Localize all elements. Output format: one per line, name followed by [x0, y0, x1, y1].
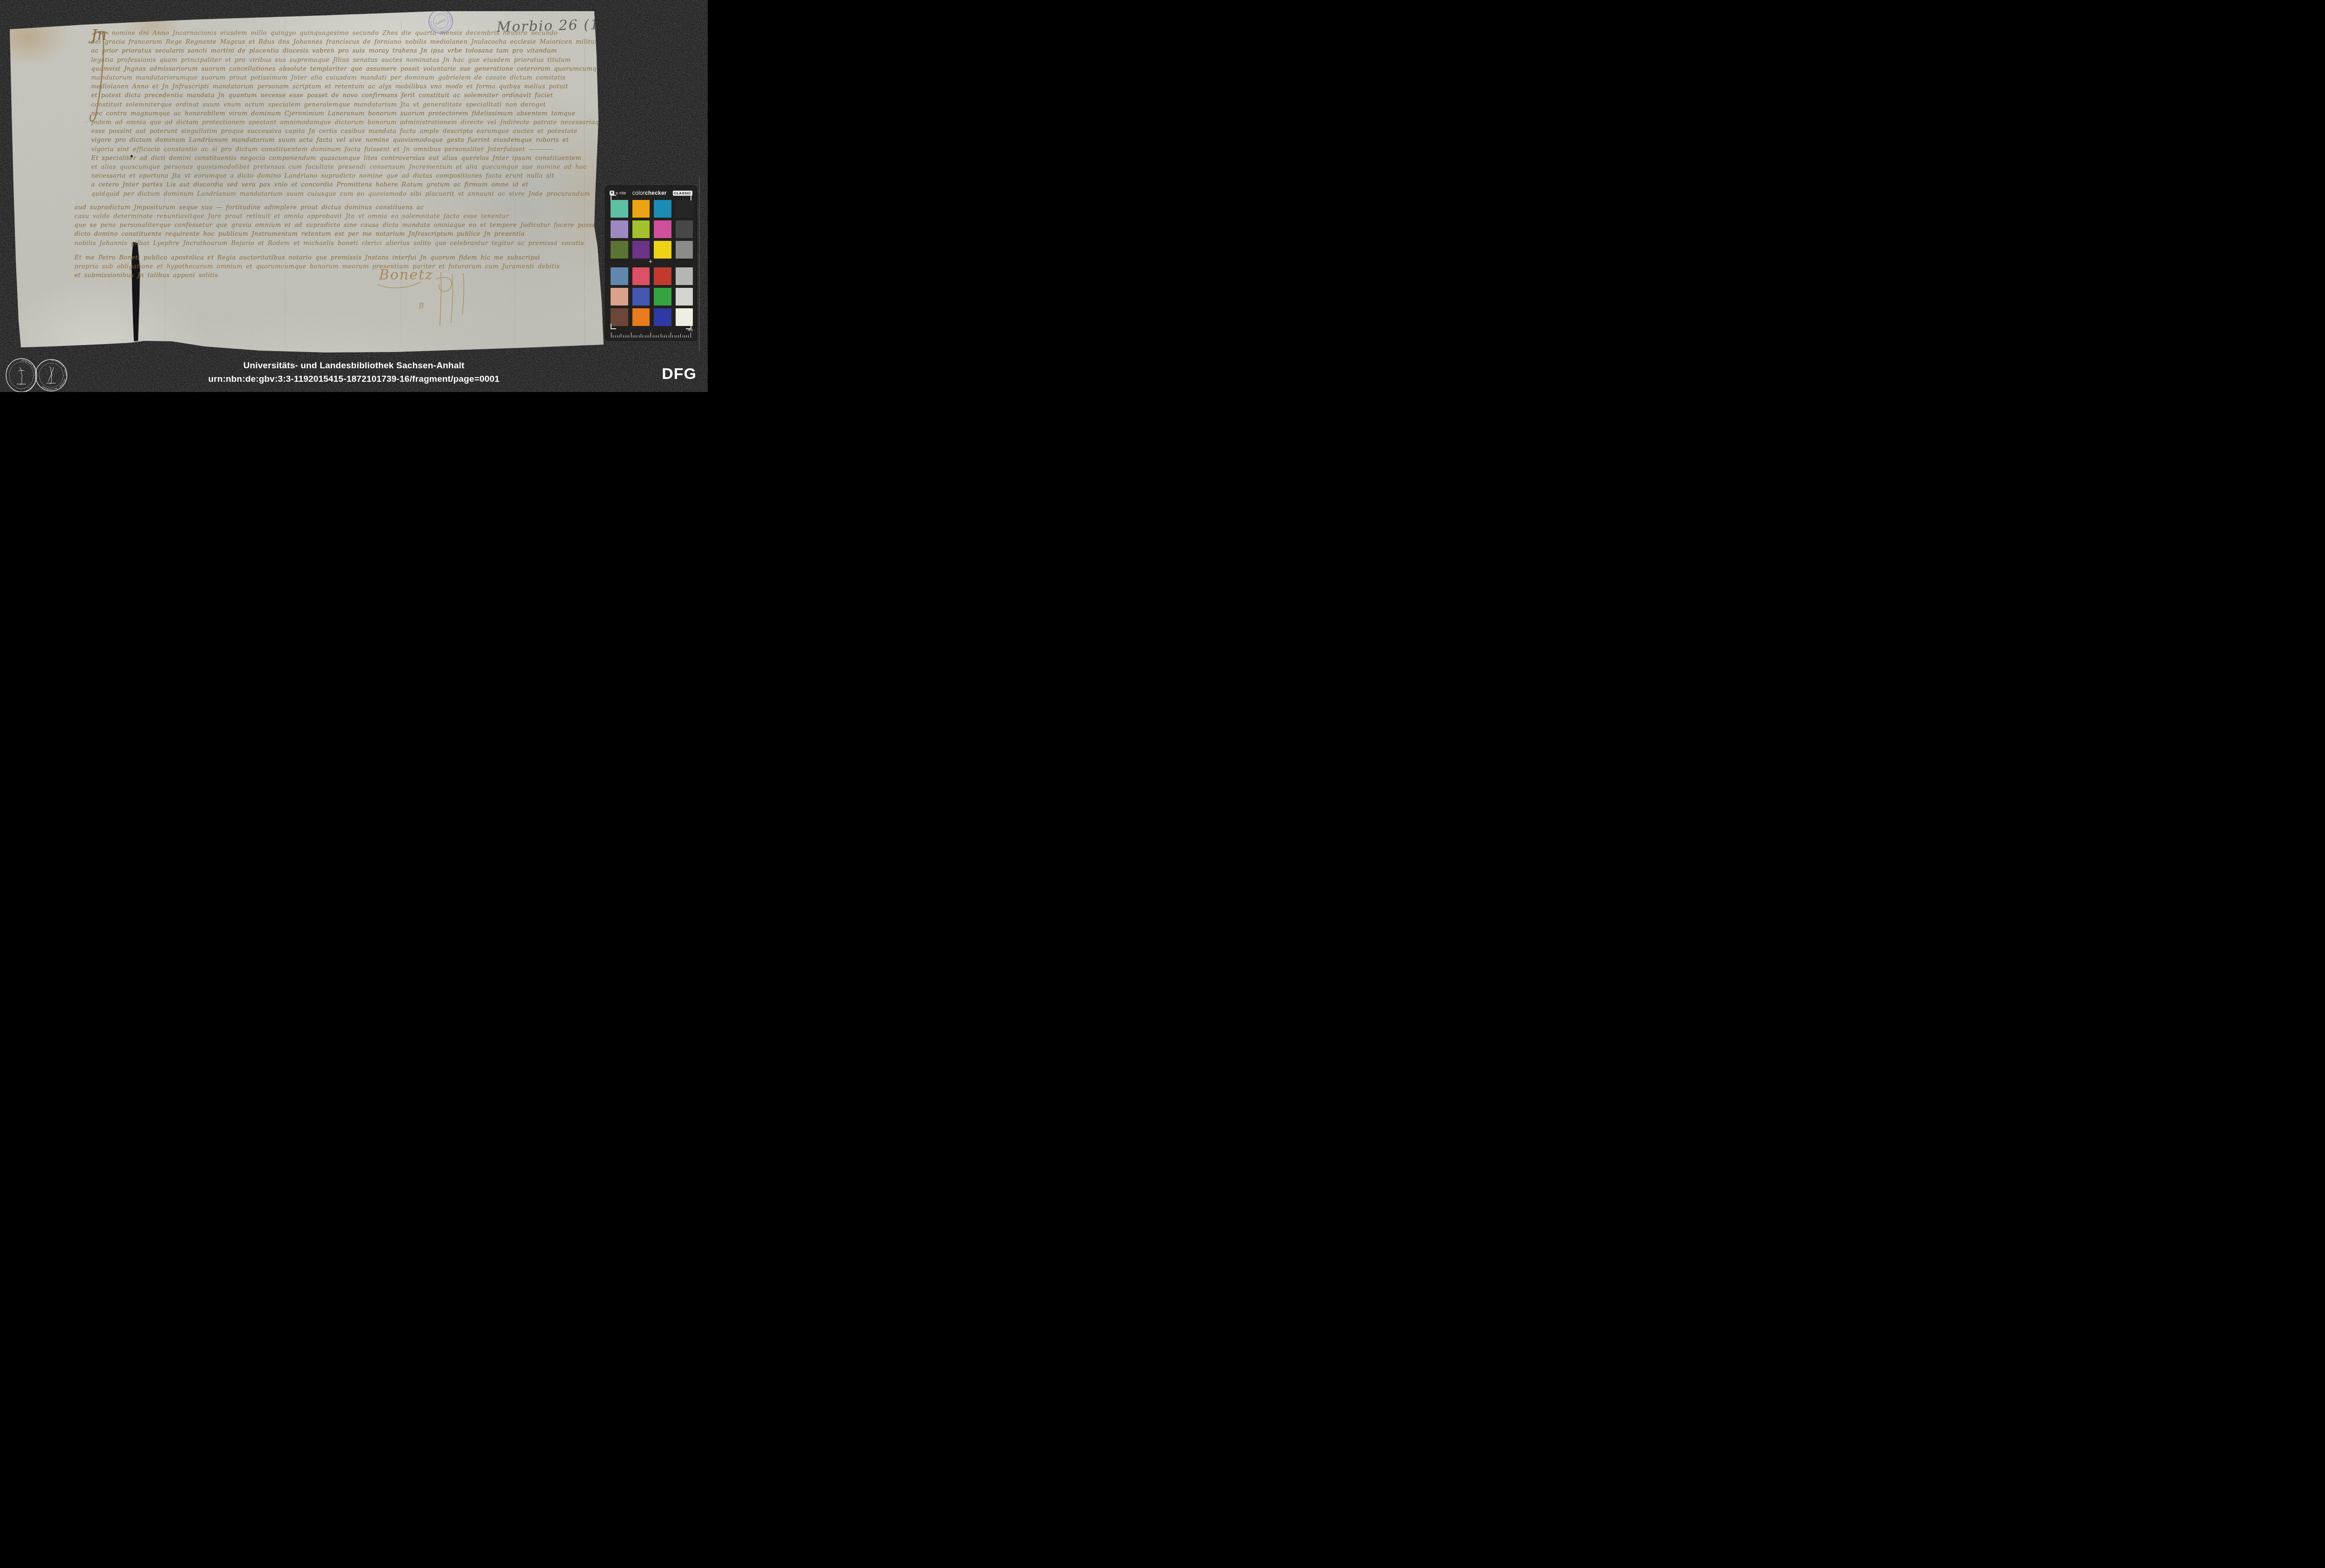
color-patch-orange-yellow [632, 200, 650, 218]
ruler-tick [677, 335, 677, 338]
digitization-frame: Jn nomine dni Anno Jncarnacionis eiusdem… [0, 0, 708, 392]
registration-bracket [611, 195, 616, 200]
ruler-tick [641, 334, 641, 338]
ruler-tick [657, 335, 657, 338]
manuscript-line: vigoria sint efficacie constantie ac si … [91, 146, 553, 153]
ruler-tick [651, 332, 651, 338]
notary-signature: Bonetz [379, 267, 433, 283]
ruler-tick [664, 335, 665, 338]
ruler-tick [666, 335, 667, 338]
ruler-tick [621, 334, 621, 338]
color-patch-bluish-green [611, 200, 628, 218]
ruler-tick [615, 335, 616, 338]
ruler-tick [617, 335, 618, 338]
registration-bracket [686, 324, 691, 329]
manuscript-line: vigore pro dictum dominum Landrianum man… [91, 137, 569, 144]
footer-banner: ACADEMIA FRIDERICIANA HALENSIS ME AVSPIC… [0, 357, 708, 392]
manuscript-line: propria sub obligatione et hypothecarum … [74, 263, 560, 270]
manuscript-line: et submissionibus Jn talibus apponi soli… [74, 272, 218, 279]
ruler-tick [653, 335, 653, 338]
color-patch-neutral-6-5 [676, 267, 693, 285]
color-patch-blue [654, 308, 671, 326]
manuscript-line: putem ad omnia que ad dictam protectione… [91, 119, 607, 126]
color-patch-neutral-3-5 [676, 220, 693, 238]
ruler-tick [678, 335, 679, 338]
manuscript-line: quidquid per dictum dominum Landrianum m… [91, 191, 590, 198]
ruler-tick [683, 335, 683, 338]
color-patch-red [654, 267, 671, 285]
color-patch-foliage [611, 241, 628, 259]
ruler-tick [671, 332, 671, 338]
color-patch-yellow-green [632, 220, 650, 238]
manuscript-line: nobilis Johannis gilbat Lyephre Jncratho… [74, 240, 584, 247]
ruler-tick [649, 335, 649, 338]
notary-paraph: B [418, 301, 424, 310]
manuscript-line: mandatorum mandatariorumque suorum prout… [91, 74, 565, 81]
ruler-tick [627, 335, 627, 338]
color-patch-blue-flower [611, 220, 628, 238]
manuscript-line: a cetero Jnter partes Lis aut discordia … [91, 181, 528, 188]
color-patch-moderate-red [632, 267, 650, 285]
ruler-tick [619, 335, 619, 338]
manuscript-line: et alias quascumque personas quovismodol… [91, 164, 587, 171]
ruler-tick [645, 335, 645, 338]
cloth-seam [699, 178, 700, 351]
manuscript-line: dicto domino constituente requirente hoc… [74, 231, 525, 238]
ruler-tick [611, 332, 611, 338]
footer-text: Universitäts- und Landesbibliothek Sachs… [0, 361, 708, 385]
color-patch-blue-sky [611, 267, 628, 285]
urn-identifier: urn:nbn:de:gbv:3:3-1192015415-1872101739… [0, 374, 708, 385]
manuscript-line: ac prior prioratus secularis sancti mart… [91, 47, 557, 54]
color-patch-green [654, 288, 671, 306]
ruler-tick [669, 335, 669, 338]
manuscript-line: quamvist Jngnas admissariorum suorum can… [91, 66, 604, 73]
colorchecker-header: ✕ x·rite colorchecker CLASSIC [605, 189, 697, 197]
color-patch-light-skin [611, 288, 628, 306]
center-cross-mark: + [649, 258, 652, 265]
ruler-tick [637, 335, 637, 338]
manuscript-line: Et me Petro Boneti publico apostolica et… [74, 254, 540, 261]
color-patch-cyan [654, 200, 671, 218]
manuscript-line: esse possint aut poterunt singullatim pr… [91, 128, 578, 135]
ruler-tick [688, 335, 689, 338]
xrite-brand-text: x·rite [616, 191, 626, 196]
ruler-tick [661, 334, 661, 338]
mm-label: mm [688, 329, 693, 332]
registration-bracket [686, 195, 691, 200]
ruler-tick [684, 335, 685, 338]
library-name: Universitäts- und Landesbibliothek Sachs… [0, 361, 708, 371]
manuscript-line: que se pena personaliterque confessetur … [74, 222, 598, 229]
colorchecker-card: ✕ x·rite colorchecker CLASSIC + mm [605, 186, 697, 340]
svg-text:*: * [440, 26, 441, 29]
manuscript-line: aud supradictum Jmpositurum seque sua — … [74, 204, 424, 211]
ruler-tick [639, 335, 639, 338]
ruler-tick [691, 332, 691, 338]
color-patch-neutral-8 [676, 288, 693, 306]
ruler-tick [613, 335, 613, 338]
registration-bracket [611, 324, 616, 329]
manuscript-line: necessaria et oportuna Jta vt eorumque a… [91, 173, 554, 179]
color-patch-orange [632, 308, 650, 326]
ruler-tick [655, 335, 655, 338]
manuscript-line: legatia professionis quam principaliter … [91, 57, 571, 64]
color-patch-black [676, 200, 693, 218]
ruler-tick [633, 335, 633, 338]
mm-ruler: mm [611, 331, 691, 338]
manuscript-line: constituit solemniterque ordinat suum vn… [91, 101, 546, 108]
ruler-tick [672, 335, 673, 338]
manuscript-line: casu valde determinate renuntiavitque Ju… [74, 213, 509, 220]
manuscript-line: Et specialiter ad dicti domini constitue… [91, 155, 582, 162]
manuscript-line: nomine dni Anno Jncarnacionis eiusdem mi… [112, 30, 558, 37]
color-patch-neutral-5 [676, 241, 693, 259]
ruler-tick [686, 335, 687, 338]
ruler-tick [647, 335, 647, 338]
ruler-tick [635, 335, 635, 338]
manuscript-line: dei gracia francorum Rege Regnante Magcu… [91, 39, 601, 46]
colorchecker-title: colorchecker [632, 190, 667, 196]
color-patch-magenta [654, 220, 671, 238]
color-patch-yellow [654, 241, 671, 259]
color-patch-purple [632, 241, 650, 259]
ruler-tick [631, 332, 631, 338]
manuscript-line: mediolanen Anno et Jn Jnfrascripti manda… [91, 83, 568, 90]
ruler-tick [625, 335, 625, 338]
ruler-tick [629, 335, 629, 338]
manuscript-line: et potest dicta precedentia mandata Jn q… [91, 92, 553, 99]
library-stamp: Universitäts- u. Landesbibliothek Halle/… [428, 8, 454, 34]
ruler-tick [663, 335, 663, 338]
ruler-tick [658, 335, 659, 338]
ruler-tick [675, 335, 675, 338]
ruler-tick [623, 335, 624, 338]
dfg-logo: DFG [662, 365, 697, 383]
ruler-tick [643, 335, 643, 338]
color-patch-purplish-blue [632, 288, 650, 306]
stamp-center-text: Halle/S. [434, 17, 447, 26]
ruler-tick [680, 334, 681, 338]
manuscript-line: nec contra magnumque ac honorabilem viru… [91, 110, 576, 117]
